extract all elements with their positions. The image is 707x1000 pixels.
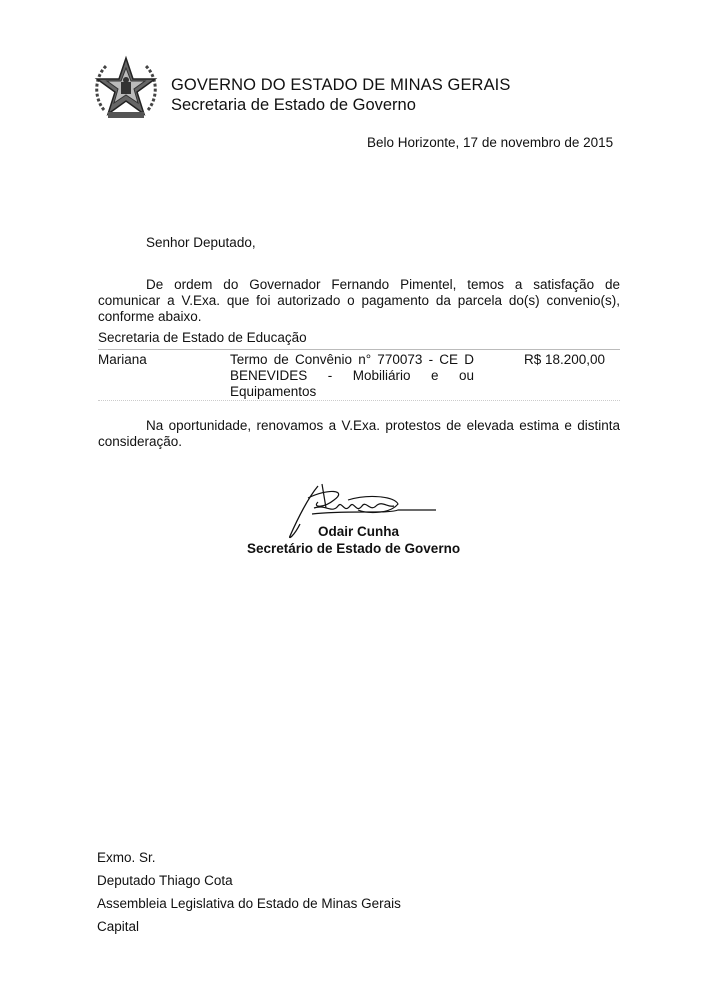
table-divider: [98, 349, 620, 350]
body-paragraph-2: Na oportunidade, renovamos a V.Exa. prot…: [98, 418, 620, 450]
body-paragraph-2-text: Na oportunidade, renovamos a V.Exa. prot…: [98, 418, 620, 449]
org-title: GOVERNO DO ESTADO DE MINAS GERAIS: [171, 76, 510, 95]
department-label: Secretaria de Estado de Educação: [98, 330, 307, 345]
date-line: Belo Horizonte, 17 de novembro de 2015: [367, 135, 613, 150]
salutation: Senhor Deputado,: [146, 235, 256, 250]
coat-of-arms-icon: [90, 52, 162, 124]
addressee-line-1: Exmo. Sr.: [97, 850, 156, 865]
body-paragraph-1: De ordem do Governador Fernando Pimentel…: [98, 277, 620, 325]
row-value: R$ 18.200,00: [524, 352, 605, 367]
row-description: Termo de Convênio n° 770073 - CE D BENEV…: [230, 352, 474, 400]
addressee-line-4: Capital: [97, 919, 139, 934]
signer-role: Secretário de Estado de Governo: [247, 541, 460, 556]
table-bottom-divider: [98, 400, 620, 401]
body-paragraph-1-text: De ordem do Governador Fernando Pimentel…: [98, 277, 620, 324]
signer-name: Odair Cunha: [318, 524, 399, 539]
org-subtitle: Secretaria de Estado de Governo: [171, 96, 416, 115]
row-city: Mariana: [98, 352, 147, 367]
addressee-line-3: Assembleia Legislativa do Estado de Mina…: [97, 896, 401, 911]
addressee-line-2: Deputado Thiago Cota: [97, 873, 233, 888]
